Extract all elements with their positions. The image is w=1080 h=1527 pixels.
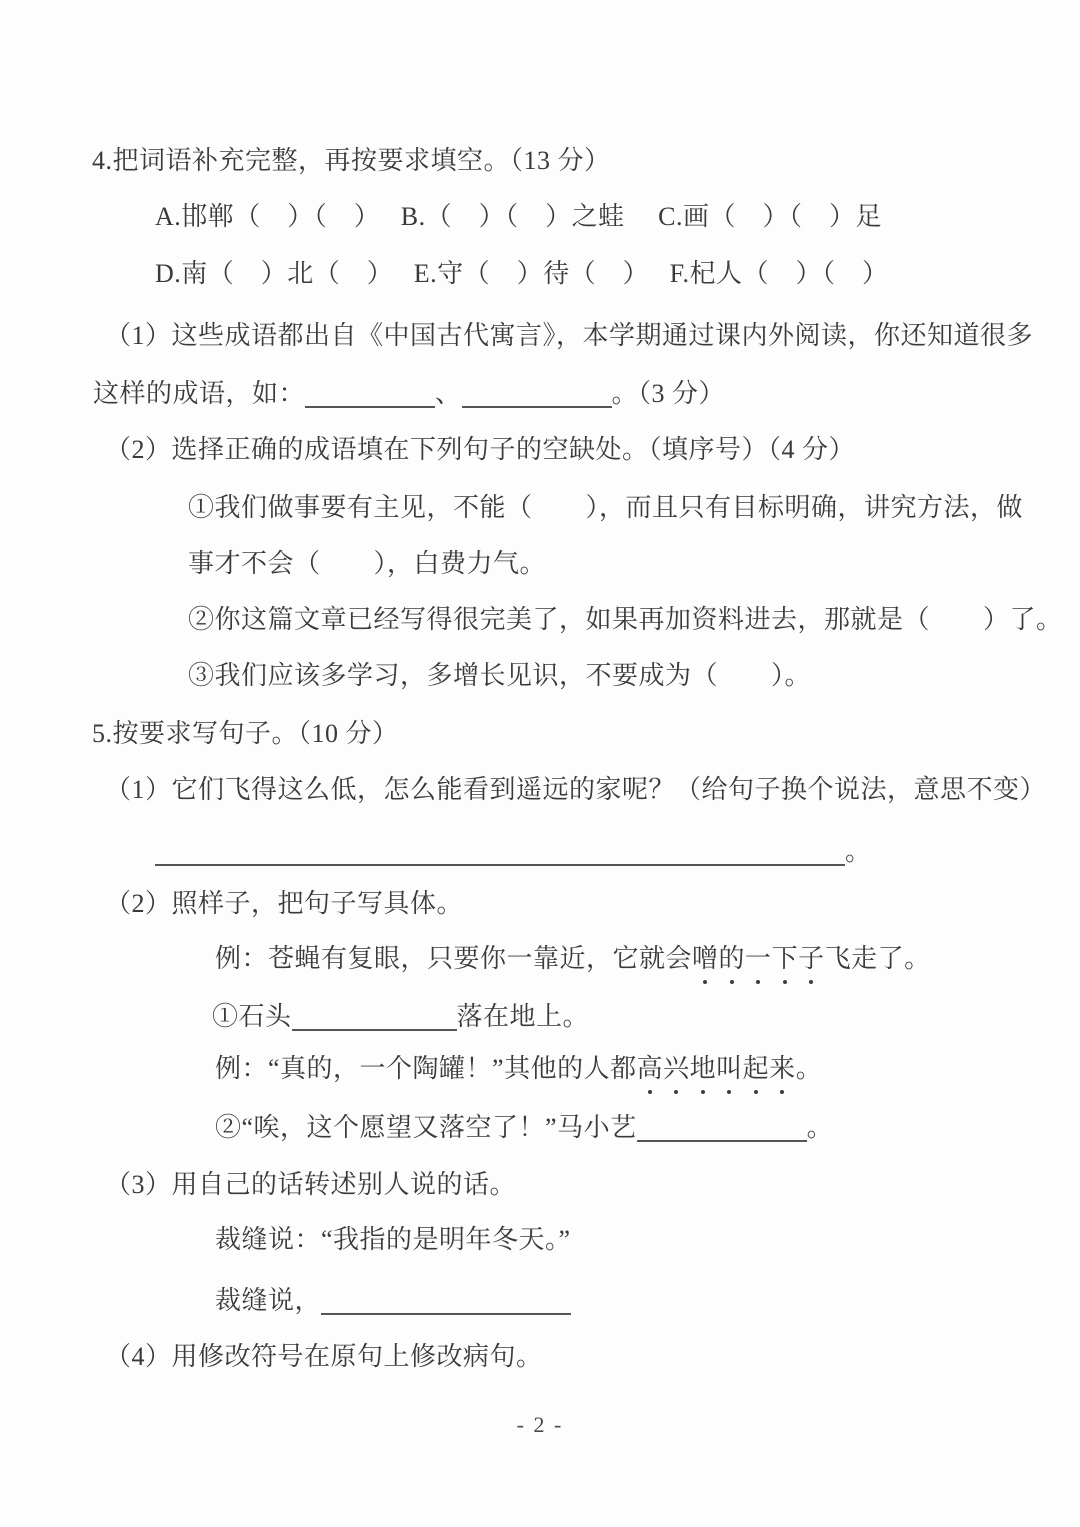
emphasis-char: 兴 xyxy=(663,1051,690,1087)
emphasis-dotted-text: 高兴地叫起来 xyxy=(637,1054,796,1083)
emphasis-char: 叫 xyxy=(716,1051,743,1087)
q4-idiom-row-1: A.邯郸（ ）（ ） B.（ ）（ ）之蛙 C.画（ ）（ ）足 xyxy=(155,199,882,235)
emphasis-char: 子 xyxy=(798,941,825,977)
emphasis-char: 起 xyxy=(743,1051,770,1087)
answer-blank xyxy=(155,838,845,866)
answer-blank xyxy=(292,1003,457,1031)
q5-sub2-item1: ①石头落在地上。 xyxy=(212,999,589,1035)
q5-sub1-title: （1）它们飞得这么低，怎么能看到遥远的家呢？（给句子换个说法，意思不变） xyxy=(105,772,1046,808)
emphasis-dotted-text: 噌的一下子 xyxy=(692,944,825,973)
exam-paper-page: 4.把词语补充完整，再按要求填空。（13 分）A.邯郸（ ）（ ） B.（ ）（… xyxy=(0,0,1080,1527)
emphasis-char: 地 xyxy=(690,1051,717,1087)
text-run: ①石头 xyxy=(212,1002,292,1031)
q5-title: 5.按要求写句子。（10 分） xyxy=(92,716,399,752)
text-run: 例：苍蝇有复眼，只要你一靠近，它就会 xyxy=(215,944,692,973)
text-run: A.邯郸（ ）（ ） B.（ ）（ ）之蛙 C.画（ ）（ ）足 xyxy=(155,202,882,231)
text-run: 。（3 分） xyxy=(612,379,726,408)
q4-sub1-line1: （1）这些成语都出自《中国古代寓言》，本学期通过课内外阅读，你还知道很多 xyxy=(105,318,1033,354)
text-run: （4）用修改符号在原句上修改病句。 xyxy=(105,1342,543,1371)
q5-sub2-example2: 例：“真的，一个陶罐！”其他的人都高兴地叫起来。 xyxy=(215,1051,822,1087)
text-run: 落在地上。 xyxy=(457,1002,590,1031)
q4-sub2-item1-line1: ①我们做事要有主见，不能（ ），而且只有目标明确，讲究方法，做 xyxy=(188,490,1023,526)
text-run: （2）选择正确的成语填在下列句子的空缺处。（填序号）（4 分） xyxy=(105,435,855,464)
text-run: 。 xyxy=(845,837,872,866)
q4-sub2-title: （2）选择正确的成语填在下列句子的空缺处。（填序号）（4 分） xyxy=(105,432,855,468)
q4-sub2-item1-line2: 事才不会（ ），白费力气。 xyxy=(188,546,546,582)
text-run: ③我们应该多学习，多增长见识，不要成为（ ）。 xyxy=(188,661,811,690)
emphasis-char: 的 xyxy=(719,941,746,977)
text-run: 4.把词语补充完整，再按要求填空。（13 分） xyxy=(92,146,611,175)
q4-idiom-row-2: D.南（ ）北（ ） E.守（ ）待（ ） F.杞人（ ）（ ） xyxy=(155,256,889,292)
text-run: 。 xyxy=(807,1113,834,1142)
q5-sub3-source: 裁缝说：“我指的是明年冬天。” xyxy=(215,1222,571,1258)
q5-sub3-answer: 裁缝说， xyxy=(215,1283,571,1319)
q4-sub2-item2: ②你这篇文章已经写得很完美了，如果再加资料进去，那就是（ ）了。 xyxy=(188,602,1063,638)
page-number: - 2 - xyxy=(0,1412,1080,1438)
text-run: 裁缝说， xyxy=(215,1286,321,1315)
q4-sub1-line2: 这样的成语，如：、。（3 分） xyxy=(93,376,725,412)
answer-blank xyxy=(305,380,435,408)
text-run: 飞走了。 xyxy=(825,944,931,973)
text-run: （1）它们飞得这么低，怎么能看到遥远的家呢？（给句子换个说法，意思不变） xyxy=(105,775,1046,804)
answer-blank xyxy=(637,1114,807,1142)
text-run: 例：“真的，一个陶罐！”其他的人都 xyxy=(215,1054,637,1083)
q5-sub3-title: （3）用自己的话转述别人说的话。 xyxy=(105,1167,516,1203)
q5-sub2-title: （2）照样子，把句子写具体。 xyxy=(105,886,463,922)
text-run: ①我们做事要有主见，不能（ ），而且只有目标明确，讲究方法，做 xyxy=(188,493,1023,522)
emphasis-char: 高 xyxy=(637,1051,664,1087)
q5-sub1-answer-line: 。 xyxy=(155,834,872,870)
answer-blank xyxy=(321,1287,571,1315)
emphasis-char: 下 xyxy=(772,941,799,977)
text-run: 、 xyxy=(435,379,462,408)
q4-title: 4.把词语补充完整，再按要求填空。（13 分） xyxy=(92,143,611,179)
emphasis-char: 来 xyxy=(769,1051,796,1087)
answer-blank xyxy=(462,380,612,408)
q4-sub2-item3: ③我们应该多学习，多增长见识，不要成为（ ）。 xyxy=(188,658,811,694)
q5-sub2-item2: ②“唉，这个愿望又落空了！”马小艺。 xyxy=(215,1110,833,1146)
q5-sub2-example1: 例：苍蝇有复眼，只要你一靠近，它就会噌的一下子飞走了。 xyxy=(215,941,931,977)
text-run: ②“唉，这个愿望又落空了！”马小艺 xyxy=(215,1113,637,1142)
emphasis-char: 噌 xyxy=(692,941,719,977)
text-run: 。 xyxy=(796,1054,823,1083)
text-run: D.南（ ）北（ ） E.守（ ）待（ ） F.杞人（ ）（ ） xyxy=(155,259,889,288)
emphasis-char: 一 xyxy=(745,941,772,977)
text-run: （3）用自己的话转述别人说的话。 xyxy=(105,1170,516,1199)
text-run: （2）照样子，把句子写具体。 xyxy=(105,889,463,918)
text-run: 事才不会（ ），白费力气。 xyxy=(188,549,546,578)
text-run: ②你这篇文章已经写得很完美了，如果再加资料进去，那就是（ ）了。 xyxy=(188,605,1063,634)
text-run: 5.按要求写句子。（10 分） xyxy=(92,719,399,748)
text-run: 这样的成语，如： xyxy=(93,379,305,408)
text-run: （1）这些成语都出自《中国古代寓言》，本学期通过课内外阅读，你还知道很多 xyxy=(105,321,1033,350)
text-run: 裁缝说：“我指的是明年冬天。” xyxy=(215,1225,571,1254)
q5-sub4-title: （4）用修改符号在原句上修改病句。 xyxy=(105,1339,543,1375)
